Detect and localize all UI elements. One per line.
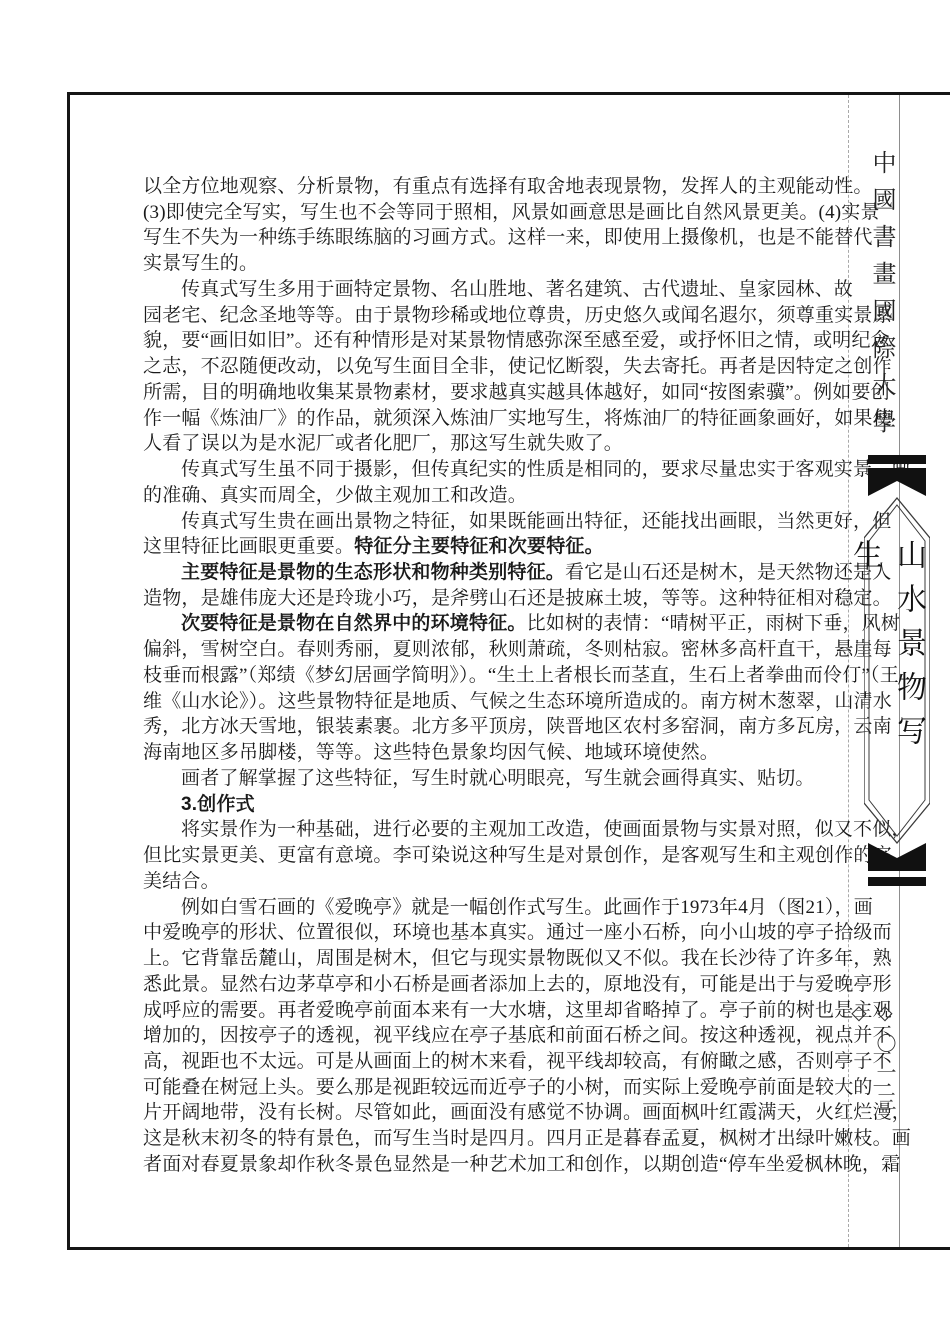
section-heading: 3.创作式 [181, 794, 255, 815]
text-segment: 园老宅、纪念圣地等等。由于景物珍稀或地位尊贵，历史悠久或闻名遐尔，须尊重实景原 [143, 305, 892, 326]
text-line: 次要特征是景物在自然界中的环境特征。比如树的表情：“晴树平正，雨树下垂，风树 [143, 611, 827, 637]
text-line: 人看了误以为是水泥厂或者化肥厂，那这写生就失败了。 [143, 431, 827, 457]
text-line: 中爱晚亭的形状、位置很似，环境也基本真实。通过一座小石桥，向小山坡的亭子拾级而 [143, 920, 827, 946]
chapter-emblem: 山水景物写生 [864, 455, 930, 886]
text-line: 传真式写生贵在画出景物之特征，如果既能画出特征，还能找出画眼，当然更好，但 [143, 509, 827, 535]
text-segment: 片开阔地带，没有长树。尽管如此，画面没有感觉不协调。画面枫叶红霞满天，火红烂漫， [143, 1102, 911, 1123]
text-segment: 的准确、真实而周全，少做主观加工和改造。 [143, 485, 527, 506]
text-line: 片开阔地带，没有长树。尽管如此，画面没有感觉不协调。画面枫叶红霞满天，火红烂漫， [143, 1100, 827, 1126]
book-page: 以全方位地观察、分析景物，有重点有选择有取舍地表现景物，发挥人的主观能动性。(3… [0, 0, 950, 1344]
text-line: 维《山水论》）。这些景物特征是地质、气候之生态环境所造成的。南方树木葱翠，山清水 [143, 689, 827, 715]
text-line: 传真式写生多用于画特定景物、名山胜地、著名建筑、古代遗址、皇家园林、故 [143, 277, 827, 303]
text-segment: 这里特征比画眼更重要。 [143, 536, 354, 557]
text-segment: 这是秋末初冬的特有景色，而写生当时是四月。四月正是暮春孟夏，枫树才出绿叶嫩枝。画 [143, 1128, 911, 1149]
emblem-top-bar [868, 455, 926, 464]
text-segment: (3)即使完全写实，写生也不会等同于照相，风景如画意思是画比自然风景更美。(4)… [143, 202, 880, 223]
text-line: 可能叠在树冠上头。要么那是视距较远而近亭子的小树，而实际上爱晚亭前面是较大的一 [143, 1075, 827, 1101]
text-line: 之志，不忍随便改动，以免写生面目全非，使记忆断裂，失去寄托。再者是因特定之创作 [143, 354, 827, 380]
emblem-top-ribbon [868, 468, 926, 496]
text-line: 枝垂而根露”（郑绩《梦幻居画学简明》）。“生土上者根长而茎直，生石上者拳曲而伶仃… [143, 663, 827, 689]
text-line: 者面对春夏景象却作秋冬景色显然是一种艺术加工和创作，以期创造“停车坐爱枫林晚，霜 [143, 1152, 827, 1178]
text-line: 传真式写生虽不同于摄影，但传真纪实的性质是相同的，要求尽量忠实于客观实景，画 [143, 457, 827, 483]
text-line: 实景写生的。 [143, 251, 827, 277]
text-line: 所需，目的明确地收集某景物素材，要求越真实越具体越好，如同“按图索骥”。例如要创 [143, 380, 827, 406]
text-segment: 将实景作为一种基础，进行必要的主观加工改造，使画面景物与实景对照，似又不似， [181, 819, 911, 840]
text-line: 作一幅《炼油厂》的作品，就须深入炼油厂实地写生，将炼油厂的特征画象画好，如果使 [143, 406, 827, 432]
text-segment: 偏斜，雪树空白。春则秀丽，夏则浓郁，秋则萧疏，冬则枯寂。密林多高杆直干，悬崖每 [143, 639, 892, 660]
chapter-title-vertical: 山水景物写生 [864, 539, 930, 799]
text-line: 这里特征比画眼更重要。特征分主要特征和次要特征。 [143, 534, 827, 560]
text-segment: 悉此景。显然右边茅草亭和小石桥是画者添加上去的，原地没有，可能是出于与爱晚亭形 [143, 974, 892, 995]
text-line: 园老宅、纪念圣地等等。由于景物珍稀或地位尊贵，历史悠久或闻名遐尔，须尊重实景原 [143, 303, 827, 329]
text-segment: 上。它背靠岳麓山，周围是树木，但它与现实景物既似又不似。我在长沙待了许多年，熟 [143, 948, 892, 969]
text-line: 偏斜，雪树空白。春则秀丽，夏则浓郁，秋则萧疏，冬则枯寂。密林多高杆直干，悬崖每 [143, 637, 827, 663]
text-segment: 貌，要“画旧如旧”。还有种情形是对某景物情感弥深至感至爱，或抒怀旧之情，或明纪念 [143, 330, 890, 351]
text-line: 以全方位地观察、分析景物，有重点有选择有取舍地表现景物，发挥人的主观能动性。 [143, 174, 827, 200]
body-text: 以全方位地观察、分析景物，有重点有选择有取舍地表现景物，发挥人的主观能动性。(3… [143, 174, 827, 1178]
text-segment: 造物，是雄伟庞大还是玲珑小巧，是斧劈山石还是披麻土坡，等等。这种特征相对稳定。 [143, 588, 892, 609]
text-segment: 成呼应的需要。再者爱晚亭前面本来有一大水塘，这里却省略掉了。亭子前的树也是主观 [143, 1000, 892, 1021]
text-segment: 写生不失为一种练手练眼练脑的习画方式。这样一来，即使用上摄像机，也是不能替代 [143, 227, 873, 248]
text-line: 写生不失为一种练手练眼练脑的习画方式。这样一来，即使用上摄像机，也是不能替代 [143, 225, 827, 251]
text-line: 增加的，因按亭子的透视，视平线应在亭子基底和前面石桥之间。按这种透视，视点并不 [143, 1023, 827, 1049]
text-segment: 传真式写生贵在画出景物之特征，如果既能画出特征，还能找出画眼，当然更好，但 [181, 511, 891, 532]
text-line: 主要特征是景物的生态形状和物种类别特征。看它是山石还是树木，是天然物还是人 [143, 560, 827, 586]
university-vertical-title: 中國書畫國際大學 [849, 148, 899, 448]
text-line: 海南地区多吊脚楼，等等。这些特色景象均因气候、地域环境使然。 [143, 740, 827, 766]
text-line: 的准确、真实而周全，少做主观加工和改造。 [143, 483, 827, 509]
text-segment: 特征分主要特征和次要特征。 [354, 536, 604, 557]
text-line: 貌，要“画旧如旧”。还有种情形是对某景物情感弥深至感至爱，或抒怀旧之情，或明纪念 [143, 328, 827, 354]
text-segment: 者面对春夏景象却作秋冬景色显然是一种艺术加工和创作，以期创造“停车坐爱枫林晚，霜 [143, 1154, 900, 1175]
text-segment: 枝垂而根露”（郑绩《梦幻居画学简明》）。“生土上者根长而茎直，生石上者拳曲而伶仃… [143, 665, 899, 686]
text-segment: 秀，北方冰天雪地，银装素裹。北方多平顶房，陕晋地区农村多窑洞，南方多瓦房，云南 [143, 716, 892, 737]
text-line: 这是秋末初冬的特有景色，而写生当时是四月。四月正是暮春孟夏，枫树才出绿叶嫩枝。画 [143, 1126, 827, 1152]
text-segment: 可能叠在树冠上头。要么那是视距较远而近亭子的小树，而实际上爱晚亭前面是较大的一 [143, 1077, 892, 1098]
text-line: 美结合。 [143, 869, 827, 895]
text-line: 上。它背靠岳麓山，周围是树木，但它与现实景物既似又不似。我在长沙待了许多年，熟 [143, 946, 827, 972]
text-segment: 以全方位地观察、分析景物，有重点有选择有取舍地表现景物，发挥人的主观能动性。 [143, 176, 873, 197]
text-line: 成呼应的需要。再者爱晚亭前面本来有一大水塘，这里却省略掉了。亭子前的树也是主观 [143, 998, 827, 1024]
text-segment: 传真式写生多用于画特定景物、名山胜地、著名建筑、古代遗址、皇家园林、故 [181, 279, 853, 300]
text-line: 高，视距也不太远。可是从画面上的树木来看，视平线却较高，有俯瞰之感，否则亭子不 [143, 1049, 827, 1075]
emblem-bottom-ribbon [868, 843, 926, 871]
text-segment: 主要特征是景物的生态形状和物种类别特征。 [181, 562, 565, 583]
text-segment: 之志，不忍随便改动，以免写生面目全非，使记忆断裂，失去寄托。再者是因特定之创作 [143, 356, 892, 377]
page-number-vertical: ◇〇一三◇ [849, 1000, 899, 1150]
text-segment: 所需，目的明确地收集某景物素材，要求越真实越具体越好，如同“按图索骥”。例如要创 [143, 382, 890, 403]
text-segment: 海南地区多吊脚楼，等等。这些特色景象均因气候、地域环境使然。 [143, 742, 719, 763]
text-segment: 传真式写生虽不同于摄影，但传真纪实的性质是相同的，要求尽量忠实于客观实景，画 [181, 459, 911, 480]
text-segment: 但比实景更美、更富有意境。李可染说这种写生是对景创作，是客观写生和主观创作的完 [143, 845, 892, 866]
text-line: 造物，是雄伟庞大还是玲珑小巧，是斧劈山石还是披麻土坡，等等。这种特征相对稳定。 [143, 586, 827, 612]
text-line: 秀，北方冰天雪地，银装素裹。北方多平顶房，陕晋地区农村多窑洞，南方多瓦房，云南 [143, 714, 827, 740]
text-segment: 美结合。 [143, 871, 220, 892]
text-segment: 比如树的表情：“晴树平正，雨树下垂，风树 [527, 613, 900, 634]
text-segment: 作一幅《炼油厂》的作品，就须深入炼油厂实地写生，将炼油厂的特征画象画好，如果使 [143, 408, 892, 429]
text-segment: 人看了误以为是水泥厂或者化肥厂，那这写生就失败了。 [143, 433, 623, 454]
text-line: 例如白雪石画的《爱晚亭》就是一幅创作式写生。此画作于1973年4月（图21），画 [143, 895, 827, 921]
text-segment: 增加的，因按亭子的透视，视平线应在亭子基底和前面石桥之间。按这种透视，视点并不 [143, 1025, 892, 1046]
text-line: 将实景作为一种基础，进行必要的主观加工改造，使画面景物与实景对照，似又不似， [143, 817, 827, 843]
text-segment: 维《山水论》）。这些景物特征是地质、气候之生态环境所造成的。南方树木葱翠，山清水 [143, 691, 892, 712]
text-segment: 次要特征是景物在自然界中的环境特征。 [181, 613, 527, 634]
text-segment: 例如白雪石画的《爱晚亭》就是一幅创作式写生。此画作于1973年4月（图21），画 [181, 897, 873, 918]
text-segment: 中爱晚亭的形状、位置很似，环境也基本真实。通过一座小石桥，向小山坡的亭子拾级而 [143, 922, 892, 943]
text-line: 悉此景。显然右边茅草亭和小石桥是画者添加上去的，原地没有，可能是出于与爱晚亭形 [143, 972, 827, 998]
text-line: 3.创作式 [143, 792, 827, 818]
text-line: (3)即使完全写实，写生也不会等同于照相，风景如画意思是画比自然风景更美。(4)… [143, 200, 827, 226]
emblem-bottom-bar [868, 877, 926, 886]
text-segment: 高，视距也不太远。可是从画面上的树木来看，视平线却较高，有俯瞰之感，否则亭子不 [143, 1051, 892, 1072]
text-segment: 画者了解掌握了这些特征，写生时就心明眼亮，写生就会画得真实、贴切。 [181, 768, 815, 789]
text-line: 但比实景更美、更富有意境。李可染说这种写生是对景创作，是客观写生和主观创作的完 [143, 843, 827, 869]
text-segment: 实景写生的。 [143, 253, 258, 274]
text-line: 画者了解掌握了这些特征，写生时就心明眼亮，写生就会画得真实、贴切。 [143, 766, 827, 792]
